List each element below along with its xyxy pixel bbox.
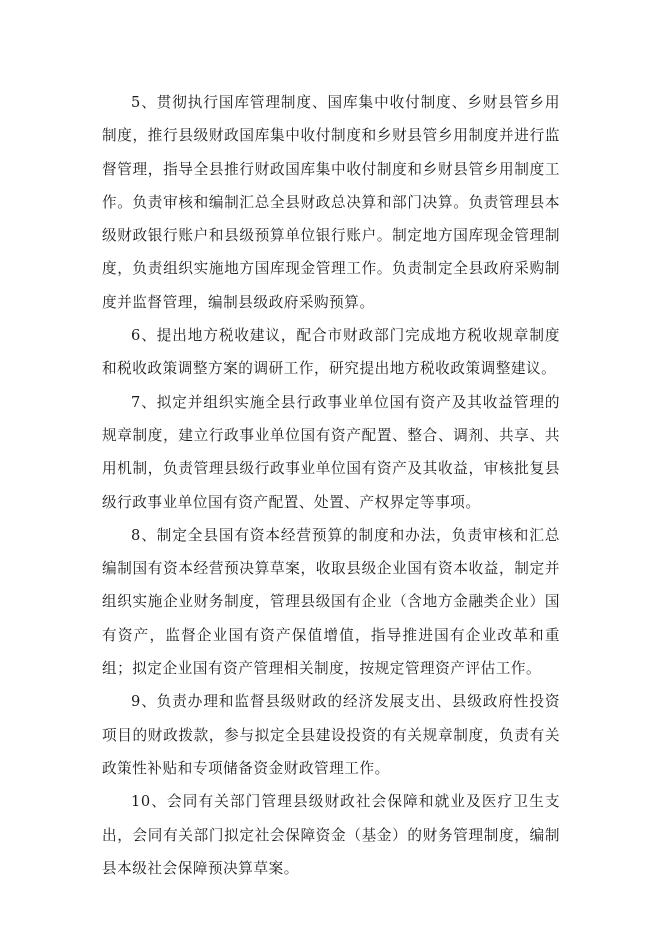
document-page: 5、贯彻执行国库管理制度、国库集中收付制度、乡财县管乡用制度，推行县级财政国库集…: [102, 86, 560, 885]
paragraph-item-5: 5、贯彻执行国库管理制度、国库集中收付制度、乡财县管乡用制度，推行县级财政国库集…: [102, 86, 560, 319]
paragraph-item-6: 6、提出地方税收建议，配合市财政部门完成地方税收规章制度和税收政策调整方案的调研…: [102, 319, 560, 386]
paragraph-item-7: 7、拟定并组织实施全县行政事业单位国有资产及其收益管理的规章制度，建立行政事业单…: [102, 386, 560, 519]
paragraph-item-10: 10、会同有关部门管理县级财政社会保障和就业及医疗卫生支出，会同有关部门拟定社会…: [102, 785, 560, 885]
paragraph-item-9: 9、负责办理和监督县级财政的经济发展支出、县级政府性投资项目的财政拨款，参与拟定…: [102, 685, 560, 785]
paragraph-item-8: 8、制定全县国有资本经营预算的制度和办法，负责审核和汇总编制国有资本经营预决算草…: [102, 519, 560, 685]
